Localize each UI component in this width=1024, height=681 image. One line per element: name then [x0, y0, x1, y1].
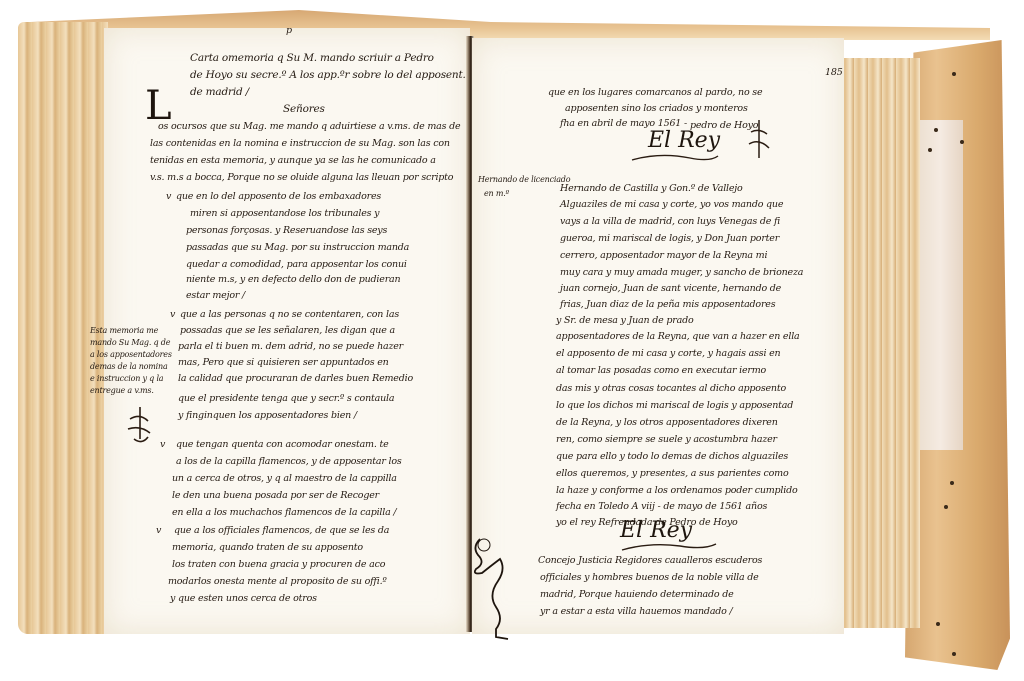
- margin-note-line: demas de la nomina: [90, 361, 168, 373]
- right-page-fore-edges: [840, 58, 920, 628]
- decree-line: el apposento de mi casa y corte, y hagai…: [556, 345, 780, 362]
- open-manuscript-book: p Carta omemoria q Su M. mando scriuir a…: [0, 0, 1024, 681]
- decree-line: de la Reyna, y los otros apposentadores …: [556, 414, 778, 431]
- decree-line: gueroa, mi mariscal de logis, y Don Juan…: [560, 230, 779, 247]
- decree-line: y Sr. de mesa y Juan de prado: [556, 312, 693, 329]
- wormhole: [944, 505, 948, 509]
- intro-line: os ocursos que su Mag. me mando q aduirt…: [158, 118, 460, 135]
- decree-line: apposentadores de la Reyna, que van a ha…: [556, 328, 800, 345]
- item-1-line: que en lo del apposento de los embaxador…: [176, 188, 381, 205]
- item-4-line: memoria, quando traten de su apposento: [172, 539, 363, 556]
- item-1-line: miren si apposentandose los tribunales y: [190, 205, 379, 222]
- wormhole: [934, 128, 938, 132]
- wormhole: [936, 622, 940, 626]
- wormhole: [950, 481, 954, 485]
- decree-line: ren, como siempre se suele y acostumbra …: [556, 431, 777, 448]
- rubric-flourish-icon: [745, 118, 775, 162]
- final-line: officiales y hombres buenos de la noble …: [540, 569, 759, 586]
- margin-note-line: mando Su Mag. q de: [90, 337, 170, 349]
- decree-line: das mis y otras cosas tocantes al dicho …: [556, 380, 786, 397]
- decree-line: que para ello y todo lo demas de dichos …: [556, 448, 788, 465]
- item-3-line: que tengan quenta con acomodar onestam. …: [176, 436, 389, 453]
- bullet-mark: v: [170, 306, 175, 323]
- item-3-line: en ella a los muchachos flamencos de la …: [172, 504, 396, 521]
- decree-line: cerrero, apposentador mayor de la Reyna …: [560, 247, 767, 264]
- margin-note-line: Esta memoria me: [90, 325, 158, 337]
- wormhole: [952, 652, 956, 656]
- item-1-line: personas forçosas. y Reseruandose las se…: [186, 222, 387, 239]
- item-3-line: a los de la capilla flamencos, y de appo…: [176, 453, 402, 470]
- decree-line: la haze y conforme a los ordenamos poder…: [556, 482, 798, 499]
- intro-line: v.s. m.s a bocca, Porque no se oluide al…: [150, 169, 453, 186]
- final-line: Concejo Justicia Regidores caualleros es…: [538, 552, 762, 569]
- item-1-line: passadas que su Mag. por su instruccion …: [186, 239, 409, 256]
- item-2-line: la calidad que procuraran de darles buen…: [178, 370, 413, 387]
- wormhole: [928, 148, 932, 152]
- paraph-flourish-icon: [470, 535, 520, 645]
- margin-note-line: a los apposentadores: [90, 349, 172, 361]
- final-line: madrid, Porque hauiendo determinado de: [540, 586, 734, 603]
- item-1-line: estar mejor /: [186, 287, 245, 304]
- intro-line: tenidas en esta memoria, y aunque ya se …: [150, 152, 436, 169]
- bullet-mark: v: [156, 522, 161, 539]
- folio-number: 185: [825, 64, 843, 81]
- rubric-flourish-icon: [120, 405, 160, 445]
- wormhole: [952, 72, 956, 76]
- item-1-line: niente m.s, y en defecto dello don de pu…: [186, 271, 400, 288]
- item-4-line: que a los officiales flamencos, de que s…: [174, 522, 389, 539]
- decree-line: al tomar las posadas como en executar ie…: [556, 362, 766, 379]
- item-3-line: le den una buena posada por ser de Recog…: [172, 487, 379, 504]
- decree-line: muy cara y muy amada muger, y sancho de …: [560, 264, 803, 281]
- decree-line: lo que los dichos mi mariscal de logis y…: [556, 397, 793, 414]
- left-heading-line-2: de Hoyo su secre.º A los app.ºr sobre lo…: [190, 67, 466, 84]
- right-margin-note: Hernando de licenciado: [478, 174, 570, 186]
- item-2-line: que el presidente tenga que y secr.º s c…: [178, 390, 394, 407]
- decree-line: juan cornejo, Juan de sant vicente, hern…: [560, 280, 781, 297]
- bullet-mark: v: [166, 188, 171, 205]
- margin-note-line: e instruccion y q la: [90, 373, 163, 385]
- item-2-line: mas, Pero que si quisieren ser appuntado…: [178, 354, 389, 371]
- right-top-line: que en los lugares comarcanos al pardo, …: [548, 84, 762, 101]
- left-heading-line-3: de madrid /: [190, 84, 249, 101]
- decree-line: vays a la villa de madrid, con luys Vene…: [560, 213, 780, 230]
- page-top-mark: p: [286, 22, 292, 39]
- item-3-line: un a cerca de otros, y q al maestro de l…: [172, 470, 397, 487]
- decree-line: Alguaziles de mi casa y corte, yo vos ma…: [560, 196, 783, 213]
- left-heading-line-1: Carta omemoria q Su M. mando scriuir a P…: [190, 50, 434, 67]
- item-2-line: possadas que se les señalaren, les digan…: [180, 322, 395, 339]
- item-4-line: modarlos onesta mente al proposito de su…: [168, 573, 387, 590]
- decree-line: Hernando de Castilla y Gon.º de Vallejo: [560, 180, 743, 197]
- decree-line: fecha en Toledo A viij - de mayo de 1561…: [556, 498, 767, 515]
- wormhole: [960, 140, 964, 144]
- decree-line: ellos queremos, y presentes, a sus parie…: [556, 465, 788, 482]
- item-4-line: los traten con buena gracia y procuren d…: [172, 556, 385, 573]
- decree-line: frias, Juan diaz de la peña mis apposent…: [560, 296, 775, 313]
- item-2-line: y finginquen los apposentadores bien /: [178, 407, 357, 424]
- salutation: Señores: [283, 101, 325, 118]
- final-line: yr a estar a esta villa hauemos mandado …: [540, 603, 733, 620]
- signature-underline-flourish-icon: [630, 150, 720, 166]
- item-2-line: parla el ti buen m. dem adrid, no se pue…: [178, 338, 403, 355]
- item-4-line: y que esten unos cerca de otros: [170, 590, 317, 607]
- binding-repair-patch: [918, 120, 963, 450]
- right-margin-note: en m.º: [484, 188, 509, 200]
- item-2-line: que a las personas q no se contentaren, …: [180, 306, 399, 323]
- intro-line: las contenidas en la nomina e instruccio…: [150, 135, 450, 152]
- bullet-mark: v: [160, 436, 165, 453]
- margin-note-line: entregue a v.ms.: [90, 385, 154, 397]
